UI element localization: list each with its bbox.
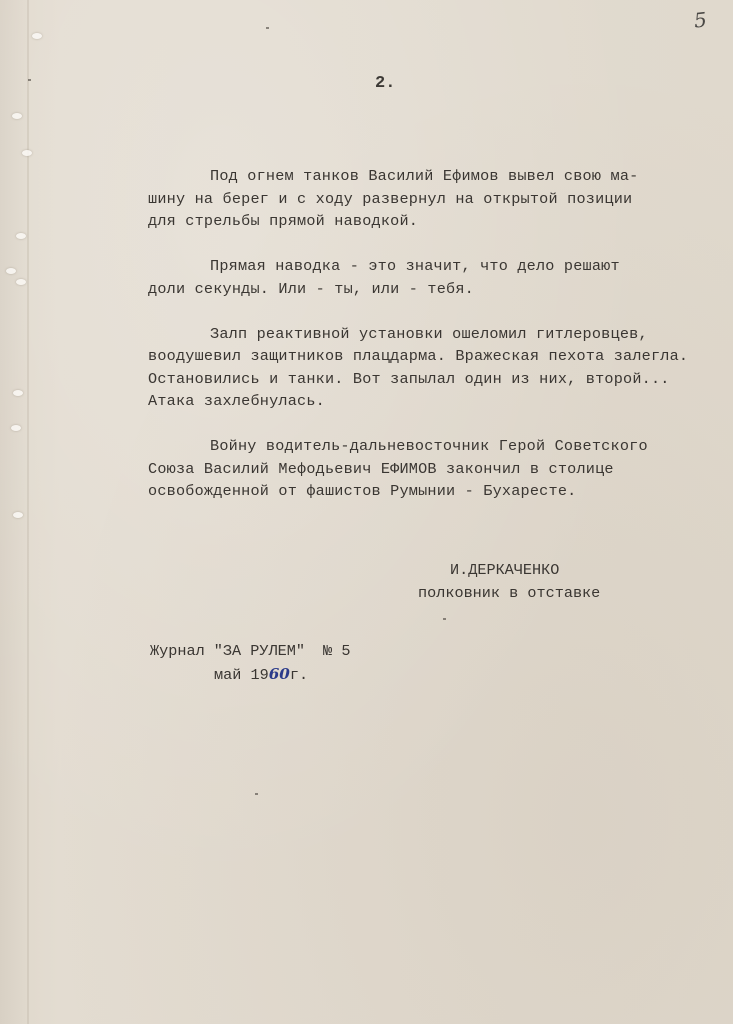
speck-mark — [28, 79, 31, 81]
text-line: воодушевил защитников плацдарма. Вражеск… — [148, 345, 728, 368]
text-line: Прямая наводка - это значит, что дело ре… — [148, 255, 728, 278]
author-rank: полковник в отставке — [418, 582, 600, 605]
journal-reference: Журнал "ЗА РУЛЕМ" № 5 — [150, 640, 351, 663]
punch-hole-mark — [16, 279, 26, 285]
text-line: освобожденной от фашистов Румынии - Буха… — [148, 480, 728, 503]
punch-hole-mark — [12, 113, 22, 119]
paragraph-4: Войну водитель-дальневосточник Герой Сов… — [148, 435, 728, 503]
source-citation: Журнал "ЗА РУЛЕМ" № 5 май 1960г. — [150, 640, 351, 686]
text-line: для стрельбы прямой наводкой. — [148, 210, 728, 233]
body-text: Под огнем танков Василий Ефимов вывел св… — [148, 165, 728, 525]
text-line: шину на берег и с ходу развернул на откр… — [148, 188, 728, 211]
author-name: И.ДЕРКАЧЕНКО — [418, 559, 600, 582]
punch-hole-mark — [6, 268, 16, 274]
punch-hole-mark — [16, 233, 26, 239]
punch-hole-mark — [13, 512, 23, 518]
signature-block: И.ДЕРКАЧЕНКО полковник в отставке — [418, 559, 600, 604]
date-prefix: май 19 — [214, 666, 269, 684]
punch-hole-mark — [11, 425, 21, 431]
punch-hole-mark — [13, 390, 23, 396]
speck-mark — [266, 27, 269, 29]
text-line: Союза Василий Мефодьевич ЕФИМОВ закончил… — [148, 458, 728, 481]
date-suffix: г. — [290, 666, 308, 684]
punch-hole-mark — [32, 33, 42, 39]
speck-mark — [443, 618, 446, 620]
text-line: доли секунды. Или - ты, или - тебя. — [148, 278, 728, 301]
speck-mark — [255, 793, 258, 795]
text-line: Под огнем танков Василий Ефимов вывел св… — [148, 165, 728, 188]
page-number: 2. — [375, 74, 395, 93]
text-line: Войну водитель-дальневосточник Герой Сов… — [148, 435, 728, 458]
paragraph-1: Под огнем танков Василий Ефимов вывел св… — [148, 165, 728, 233]
punch-hole-mark — [22, 150, 32, 156]
document-page: 5 2. Под огнем танков Василий Ефимов выв… — [0, 0, 733, 1024]
text-line: Остановились и танки. Вот запылал один и… — [148, 368, 728, 391]
handwritten-folio-number: 5 — [693, 7, 708, 32]
publication-date: май 1960г. — [150, 663, 351, 687]
paragraph-2: Прямая наводка - это значит, что дело ре… — [148, 255, 728, 300]
text-line: Атака захлебнулась. — [148, 390, 728, 413]
handwritten-year-correction: 60 — [269, 665, 290, 683]
paragraph-3: Залп реактивной установки ошеломил гитле… — [148, 323, 728, 413]
text-line: Залп реактивной установки ошеломил гитле… — [148, 323, 728, 346]
